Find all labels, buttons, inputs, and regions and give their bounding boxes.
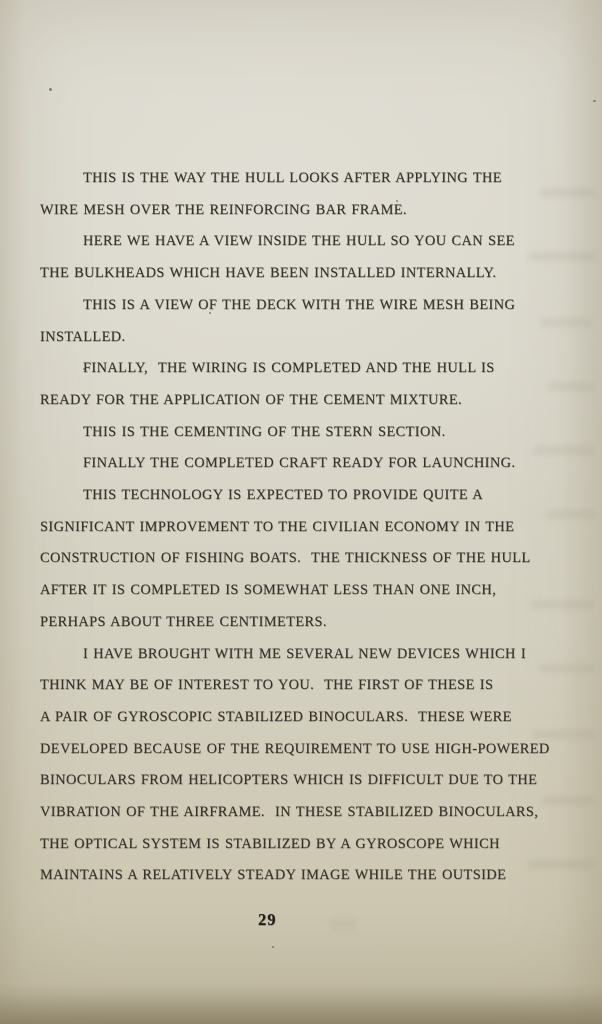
scan-speck [272,946,274,948]
paragraph: I HAVE BROUGHT WITH ME SEVERAL NEW DEVIC… [40,639,580,893]
page-number: 29 [258,910,277,930]
paragraph: FINALLY THE COMPLETED CRAFT READY FOR LA… [40,448,580,480]
paragraph: FINALLY, THE WIRING IS COMPLETED AND THE… [40,353,580,416]
scanned-document-page: THIS IS THE WAY THE HULL LOOKS AFTER APP… [0,0,602,1024]
paragraph: THIS IS THE WAY THE HULL LOOKS AFTER APP… [40,163,580,226]
scan-speck [49,88,52,91]
paragraph: THIS IS THE CEMENTING OF THE STERN SECTI… [40,417,580,449]
scan-speck [593,100,596,102]
bleed-through-artifact [330,918,356,930]
paragraph: THIS TECHNOLOGY IS EXPECTED TO PROVIDE Q… [40,480,580,639]
paragraph: THIS IS A VIEW OF THE DECK WITH THE WIRE… [40,290,580,353]
page-body: THIS IS THE WAY THE HULL LOOKS AFTER APP… [40,163,580,892]
paragraph: HERE WE HAVE A VIEW INSIDE THE HULL SO Y… [40,226,580,289]
